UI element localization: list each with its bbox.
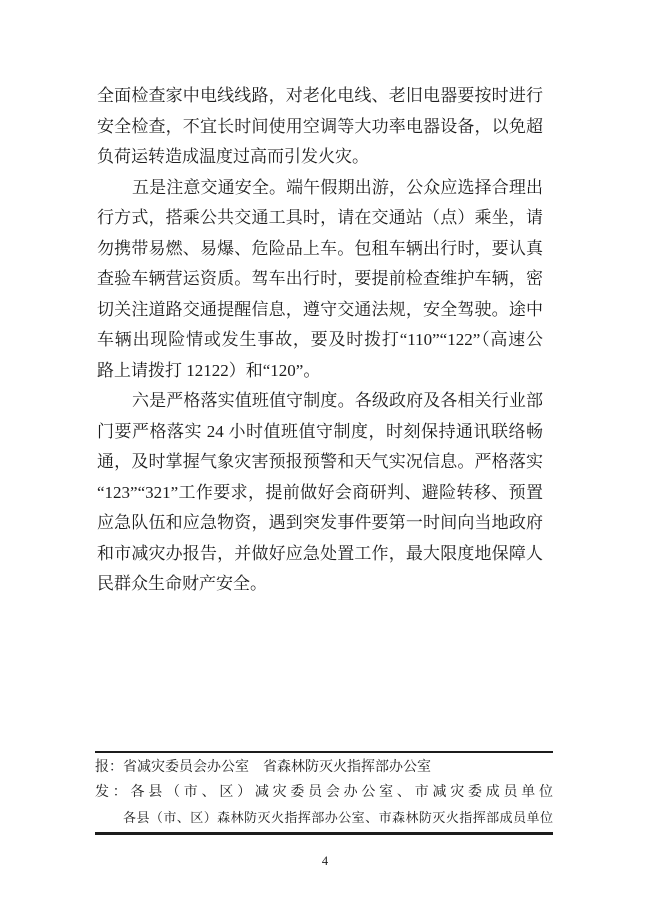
paragraph-traffic-safety: 五是注意交通安全。端午假期出游，公众应选择合理出 行方式，搭乘公共交通工具时，请…	[97, 173, 543, 387]
distribution-block: 报：省减灾委员会办公室 省森林防灭火指挥部办公室 发：各县（市、区）减灾委员会办…	[95, 751, 553, 835]
body-text-line: 路上请拨打 12122）和“120”。	[97, 356, 543, 387]
body-text-line: 通，及时掌握气象灾害预报预警和天气实况信息。严格落实	[97, 447, 543, 478]
issue-label: 发：	[95, 785, 131, 800]
body-text-line: 门要严格落实 24 小时值班值守制度，时刻保持通讯联络畅	[97, 417, 543, 448]
body-text-line: 和市减灾办报告，并做好应急处置工作，最大限度地保障人	[97, 539, 543, 570]
body-text-line: 六是严格落实值班值守制度。各级政府及各相关行业部	[97, 386, 543, 417]
body-text-line: 应急队伍和应急物资，遇到突发事件要第一时间向当地政府	[97, 508, 543, 539]
paragraph-duty-system: 六是严格落实值班值守制度。各级政府及各相关行业部 门要严格落实 24 小时值班值…	[97, 386, 543, 600]
body-text-line: 行方式，搭乘公共交通工具时，请在交通站（点）乘坐，请	[97, 203, 543, 234]
body-text-line: 全面检查家中电线线路，对老化电线、老旧电器要按时进行	[97, 81, 543, 112]
distribution-lines: 报：省减灾委员会办公室 省森林防灭火指挥部办公室 发：各县（市、区）减灾委员会办…	[95, 753, 553, 830]
report-line: 报：省减灾委员会办公室 省森林防灭火指挥部办公室	[95, 755, 553, 780]
body-text-line: 勿携带易燃、易爆、危险品上车。包租车辆出行时，要认真	[97, 234, 543, 265]
paragraph-fire-safety: 全面检查家中电线线路，对老化电线、老旧电器要按时进行 安全检查，不宜长时间使用空…	[97, 81, 543, 173]
rule-bottom	[95, 832, 553, 835]
issue-line: 发：各县（市、区）减灾委员会办公室、市减灾委成员单位	[95, 780, 553, 805]
report-to: 省减灾委员会办公室 省森林防灭火指挥部办公室	[123, 760, 431, 775]
body-text: 全面检查家中电线线路，对老化电线、老旧电器要按时进行 安全检查，不宜长时间使用空…	[97, 81, 543, 600]
body-text-line: 安全检查，不宜长时间使用空调等大功率电器设备，以免超	[97, 112, 543, 143]
body-text-line: 负荷运转造成温度过高而引发火灾。	[97, 142, 543, 173]
document-page: 全面检查家中电线线路，对老化电线、老旧电器要按时进行 安全检查，不宜长时间使用空…	[0, 0, 650, 919]
page-number: 4	[0, 853, 650, 869]
issue-line-continued: 各县（市、区）森林防灭火指挥部办公室、市森林防灭火指挥部成员单位	[95, 805, 553, 830]
body-text-line: 五是注意交通安全。端午假期出游，公众应选择合理出	[97, 173, 543, 204]
body-text-line: 切关注道路交通提醒信息，遵守交通法规，安全驾驶。途中	[97, 295, 543, 326]
body-text-line: 民群众生命财产安全。	[97, 569, 543, 600]
body-text-line: “123”“321”工作要求，提前做好会商研判、避险转移、预置	[97, 478, 543, 509]
issue-to: 各县（市、区）减灾委员会办公室、市减灾委成员单位	[131, 785, 553, 800]
body-text-line: 车辆出现险情或发生事故，要及时拨打“110”“122”（高速公	[97, 325, 543, 356]
report-label: 报：	[95, 760, 123, 775]
body-text-line: 查验车辆营运资质。驾车出行时，要提前检查维护车辆，密	[97, 264, 543, 295]
